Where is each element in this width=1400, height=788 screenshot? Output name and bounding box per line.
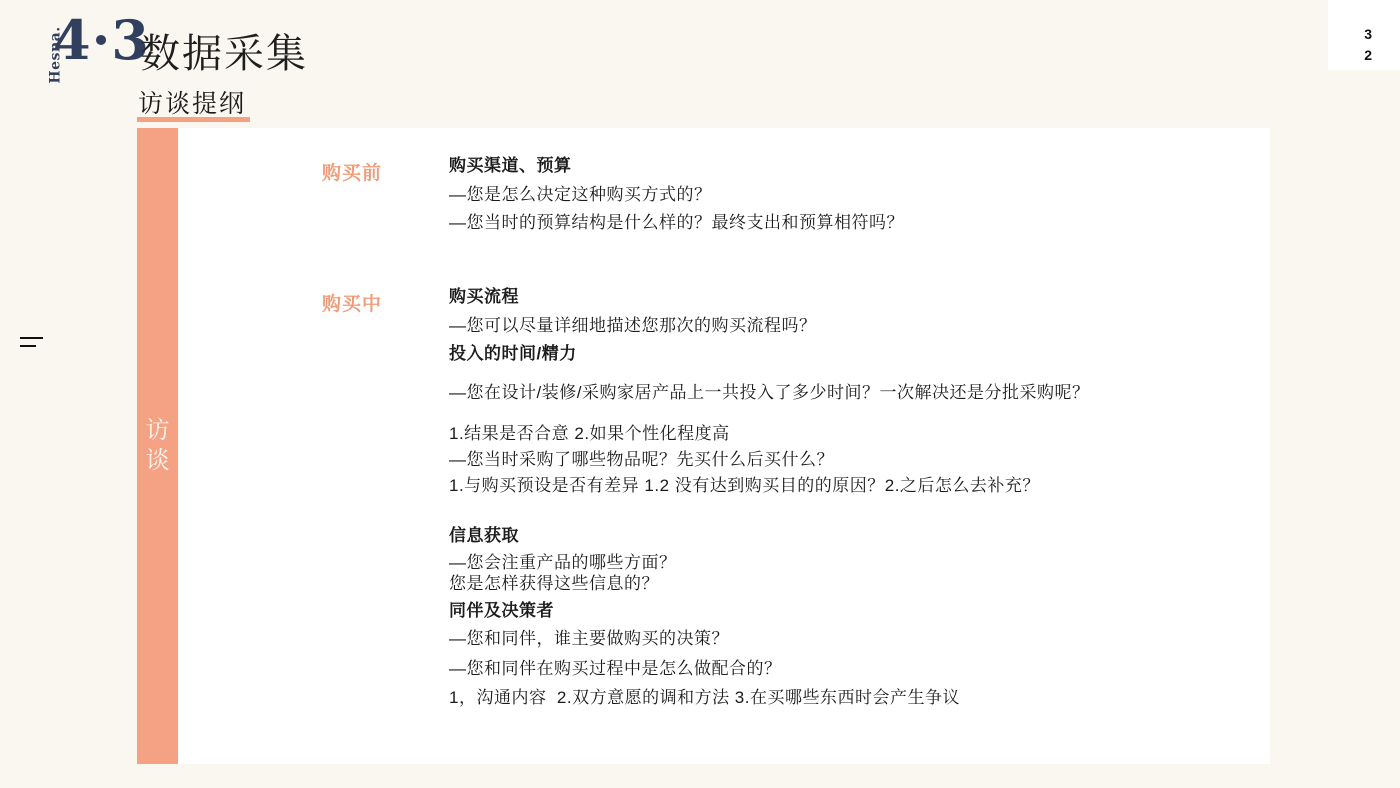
interview-sidebar: 访 谈 bbox=[137, 128, 178, 764]
question-heading: 购买渠道、预算 bbox=[449, 156, 572, 176]
page-number: 3 2 bbox=[1364, 24, 1372, 66]
hamburger-menu-icon[interactable] bbox=[20, 337, 44, 349]
question-heading: 投入的时间/精力 bbox=[449, 344, 577, 364]
question-line: —您当时的预算结构是什么样的？最终支出和预算相符吗？ bbox=[449, 213, 904, 233]
question-line: —您会注重产品的哪些方面？ bbox=[449, 553, 677, 573]
interview-sidebar-char: 访 bbox=[146, 416, 170, 446]
question-line: 1.与购买预设是否有差异 1.2 没有达到购买目的的原因？2.之后怎么去补充？ bbox=[449, 476, 1040, 496]
hamburger-bar-top bbox=[20, 337, 43, 339]
subtitle-underline bbox=[137, 117, 250, 122]
question-line: 1.结果是否合意 2.如果个性化程度高 bbox=[449, 424, 730, 444]
question-line: 1，沟通内容 2.双方意愿的调和方法 3.在买哪些东西时会产生争议 bbox=[449, 688, 960, 708]
question-heading: 同伴及决策者 bbox=[449, 601, 554, 621]
question-line: —您和同伴在购买过程中是怎么做配合的？ bbox=[449, 659, 782, 679]
question-line: —您和同伴，谁主要做购买的决策？ bbox=[449, 629, 729, 649]
question-line: —您在设计/装修/采购家居产品上一共投入了多少时间？一次解决还是分批采购呢？ bbox=[449, 383, 1089, 403]
question-line: —您可以尽量详细地描述您那次的购买流程吗？ bbox=[449, 316, 817, 336]
interview-sidebar-char: 谈 bbox=[146, 446, 170, 476]
question-heading: 购买流程 bbox=[449, 287, 519, 307]
section-label-during-purchase: 购买中 bbox=[322, 289, 382, 316]
page-subtitle: 访谈提纲 bbox=[138, 84, 246, 120]
page-number-box: 3 2 bbox=[1328, 0, 1400, 70]
question-heading: 信息获取 bbox=[449, 526, 519, 546]
question-line: —您当时采购了哪些物品呢？先买什么后买什么？ bbox=[449, 450, 834, 470]
question-line: —您是怎么决定这种购买方式的？ bbox=[449, 185, 712, 205]
section-number: 4·3 bbox=[53, 8, 150, 72]
page-title: 数据采集 bbox=[140, 22, 308, 79]
section-label-before-purchase: 购买前 bbox=[322, 158, 382, 185]
question-line: 您是怎样获得这些信息的？ bbox=[449, 574, 659, 594]
slide: Hesna. 4·3 数据采集 访谈提纲 3 2 访 谈 购买前 购买中 购买渠… bbox=[0, 0, 1400, 788]
hamburger-bar-bottom bbox=[20, 345, 36, 347]
